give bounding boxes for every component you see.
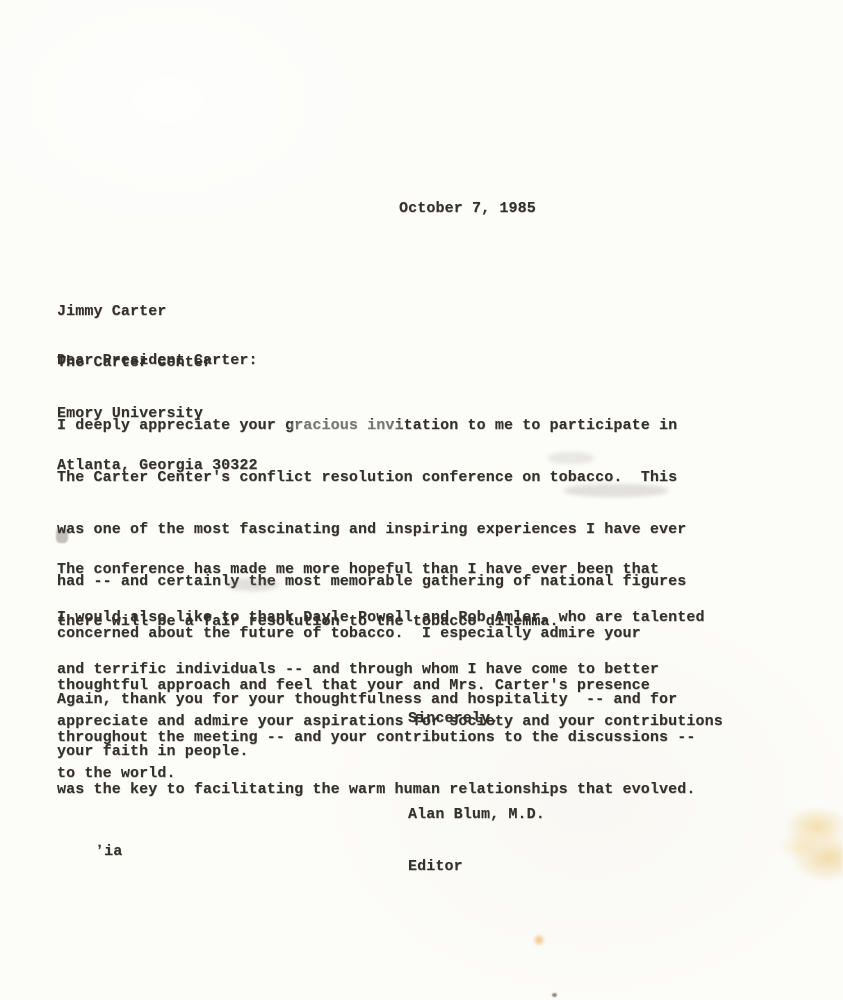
paper-stain-speck (531, 933, 547, 947)
salutation: Dear President Carter: (57, 352, 258, 369)
body-line: The Carter Center's conflict resolution … (57, 469, 696, 487)
paper-speck (552, 993, 557, 997)
paper-stain (768, 793, 843, 898)
signature-block: Alan Blum, M.D. Editor (408, 772, 545, 910)
typist-initials: ʼia (95, 843, 122, 860)
signature-name: Alan Blum, M.D. (408, 806, 545, 824)
closing: Sincerely, (408, 710, 499, 727)
body-line: your faith in people. (57, 743, 677, 761)
body-line: I would also like to thank Dayle Powell … (57, 609, 723, 627)
signature-title: Editor (408, 858, 545, 876)
date-line: October 7, 1985 (399, 200, 536, 217)
body-paragraph-4: Again, thank you for your thoughtfulness… (57, 657, 677, 795)
address-line-name: Jimmy Carter (57, 303, 258, 320)
body-line: Again, thank you for your thoughtfulness… (57, 691, 677, 709)
letter-page: October 7, 1985 Jimmy Carter The Carter … (0, 0, 843, 1000)
body-line: I deeply appreciate your gracious invita… (57, 417, 696, 435)
